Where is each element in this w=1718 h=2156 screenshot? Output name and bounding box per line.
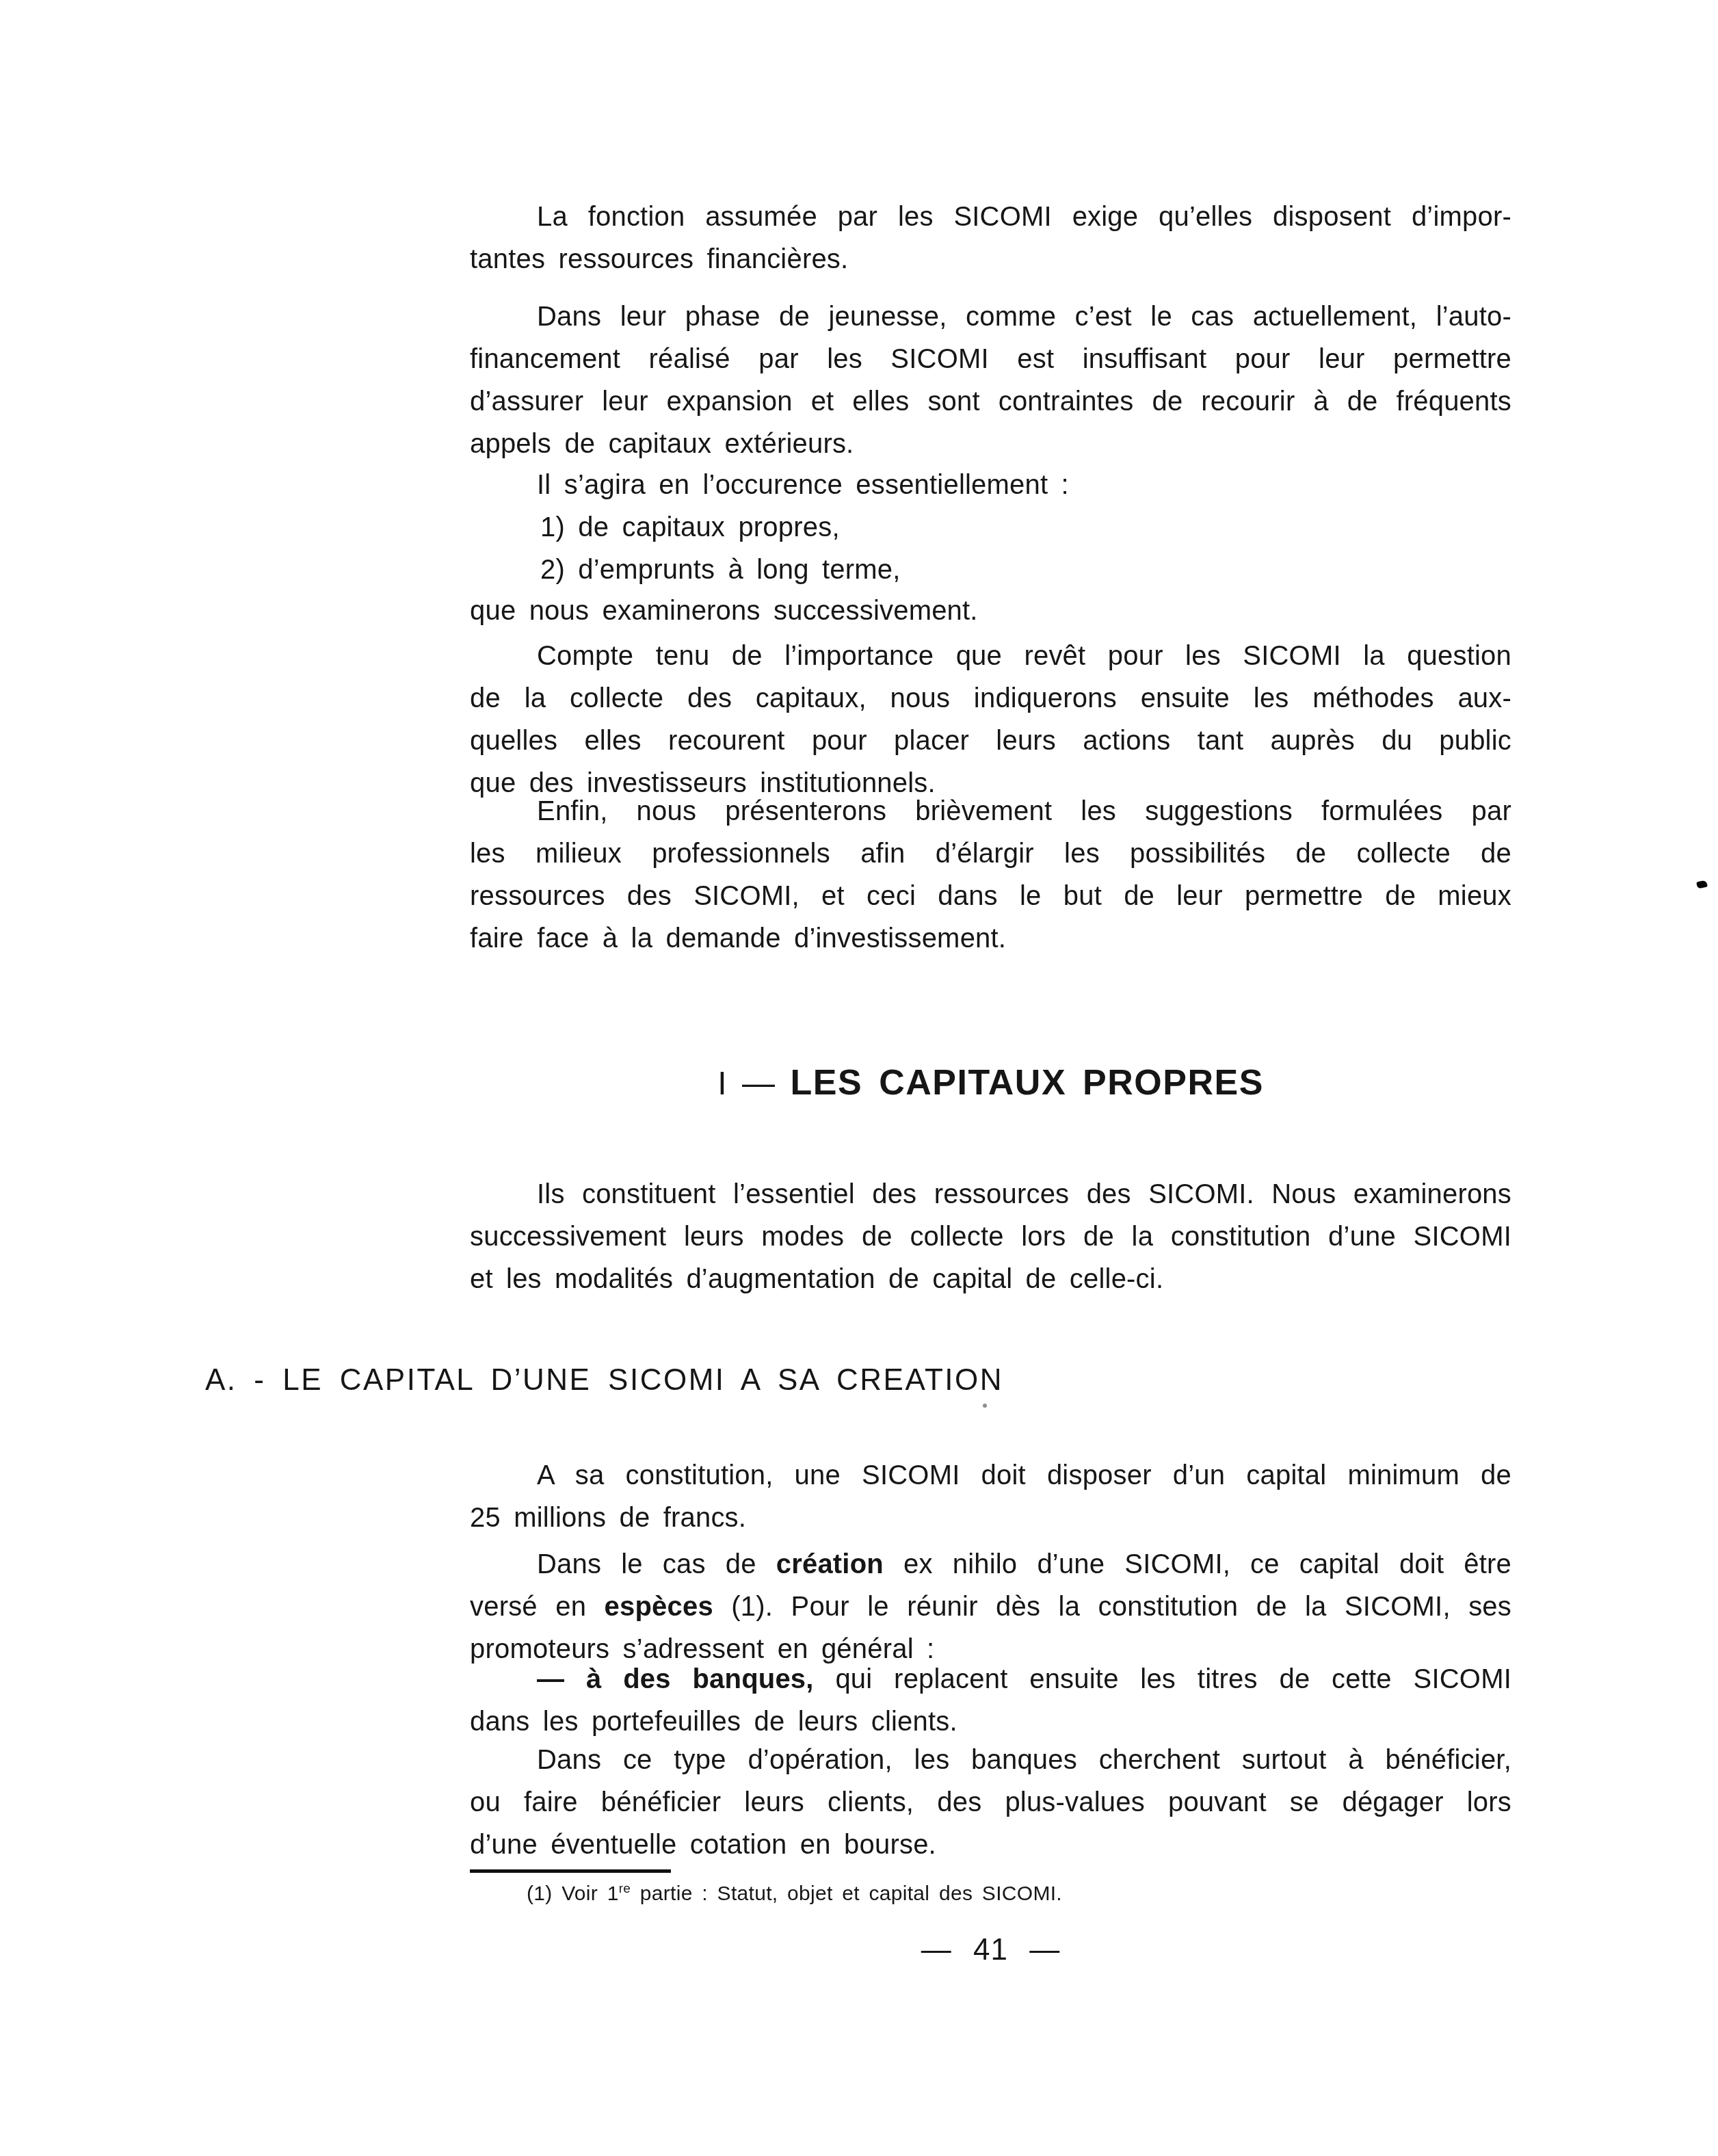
ink-speck-artifact <box>1696 880 1708 889</box>
paragraph-text: qui replacent ensuite les titres de cett… <box>814 1664 1511 1694</box>
paragraph-line: 25 millions de francs. <box>470 1497 1511 1539</box>
chapter-numeral: I <box>717 1066 727 1102</box>
paragraph-line: quelles elles recourent pour placer leur… <box>470 720 1511 762</box>
paragraph-line: Il s’agira en l’occurence essentiellemen… <box>470 464 1511 506</box>
paragraph-line: ou faire bénéficier leurs clients, des p… <box>470 1781 1511 1824</box>
paragraph-line: Dans leur phase de jeunesse, comme c’est… <box>470 295 1511 338</box>
list-item: 2) d’emprunts à long terme, <box>470 549 1511 591</box>
paragraph-line: A sa constitution, une SICOMI doit dispo… <box>470 1454 1511 1497</box>
list-item: 1) de capitaux propres, <box>470 506 1511 549</box>
paragraph-text: (1). Pour le réunir dès la constitution … <box>713 1592 1511 1622</box>
page-number: — 41 — <box>470 1933 1511 1967</box>
paragraph-line: que nous examinerons successivement. <box>470 590 1511 632</box>
paragraph-line: les milieux professionnels afin d’élargi… <box>470 832 1511 875</box>
paragraph-text: Dans le cas de <box>537 1549 776 1579</box>
list-item-text: 1) de capitaux propres, <box>470 506 1511 549</box>
paragraph-line: d’une éventuelle cotation en bourse. <box>470 1824 1511 1866</box>
paragraph-line: dans les portefeuilles de leurs clients. <box>470 1700 1511 1743</box>
paragraph: Compte tenu de l’importance que revêt po… <box>470 635 1511 804</box>
paragraph-text: ex nihilo d’une SICOMI, ce capital doit … <box>884 1549 1511 1579</box>
paragraph-line: Dans le cas de création ex nihilo d’une … <box>470 1543 1511 1586</box>
paragraph: — à des banques, qui replacent ensuite l… <box>470 1658 1511 1743</box>
chapter-dash: — <box>742 1066 776 1102</box>
paragraph-line: tantes ressources financières. <box>470 238 1511 280</box>
list-item-text: 2) d’emprunts à long terme, <box>470 549 1511 591</box>
paragraph-line: financement réalisé par les SICOMI est i… <box>470 338 1511 380</box>
footnote-rule <box>470 1869 671 1873</box>
paragraph-line: Dans ce type d’opération, les banques ch… <box>470 1739 1511 1781</box>
paragraph-line: ressources des SICOMI, et ceci dans le b… <box>470 875 1511 917</box>
section-heading: A. - LE CAPITAL D’UNE SICOMI A SA CREATI… <box>205 1363 1003 1397</box>
paragraph: A sa constitution, une SICOMI doit dispo… <box>470 1454 1511 1539</box>
paragraph: Il s’agira en l’occurence essentiellemen… <box>470 464 1511 506</box>
paragraph-line: de la collecte des capitaux, nous indiqu… <box>470 677 1511 720</box>
paragraph: Dans ce type d’opération, les banques ch… <box>470 1739 1511 1866</box>
paragraph: Dans leur phase de jeunesse, comme c’est… <box>470 295 1511 465</box>
paragraph: Dans le cas de création ex nihilo d’une … <box>470 1543 1511 1670</box>
paragraph-line: Ils constituent l’essentiel des ressourc… <box>470 1173 1511 1215</box>
document-page: La fonction assumée par les SICOMI exige… <box>0 0 1718 2156</box>
paragraph-line: — à des banques, qui replacent ensuite l… <box>470 1658 1511 1700</box>
paragraph-line: successivement leurs modes de collecte l… <box>470 1215 1511 1258</box>
paragraph: Enfin, nous présenterons brièvement les … <box>470 790 1511 960</box>
paragraph-line: La fonction assumée par les SICOMI exige… <box>470 196 1511 238</box>
bold-term: espèces <box>605 1592 713 1622</box>
footnote-text: (1) Voir 1 <box>527 1882 619 1905</box>
footnote-text: partie : Statut, objet et capital des SI… <box>631 1882 1062 1905</box>
footnote-superscript: re <box>619 1882 631 1896</box>
paragraph: La fonction assumée par les SICOMI exige… <box>470 196 1511 280</box>
scan-artifact-dot <box>983 1404 987 1408</box>
paragraph-line: versé en espèces (1). Pour le réunir dès… <box>470 1586 1511 1628</box>
paragraph: Ils constituent l’essentiel des ressourc… <box>470 1173 1511 1300</box>
chapter-title: LES CAPITAUX PROPRES <box>791 1063 1264 1103</box>
paragraph-line: d’assurer leur expansion et elles sont c… <box>470 380 1511 423</box>
paragraph-line: et les modalités d’augmentation de capit… <box>470 1258 1511 1300</box>
chapter-heading: I — LES CAPITAUX PROPRES <box>470 1062 1511 1105</box>
bold-term: création <box>776 1549 884 1579</box>
paragraph-line: Compte tenu de l’importance que revêt po… <box>470 635 1511 677</box>
paragraph-text: versé en <box>470 1592 605 1622</box>
paragraph-line: Enfin, nous présenterons brièvement les … <box>470 790 1511 832</box>
paragraph-line: appels de capitaux extérieurs. <box>470 423 1511 465</box>
paragraph-line: faire face à la demande d’investissement… <box>470 917 1511 960</box>
paragraph: que nous examinerons successivement. <box>470 590 1511 632</box>
footnote: (1) Voir 1re partie : Statut, objet et c… <box>527 1882 1062 1906</box>
bold-term: — à des banques, <box>537 1664 814 1694</box>
